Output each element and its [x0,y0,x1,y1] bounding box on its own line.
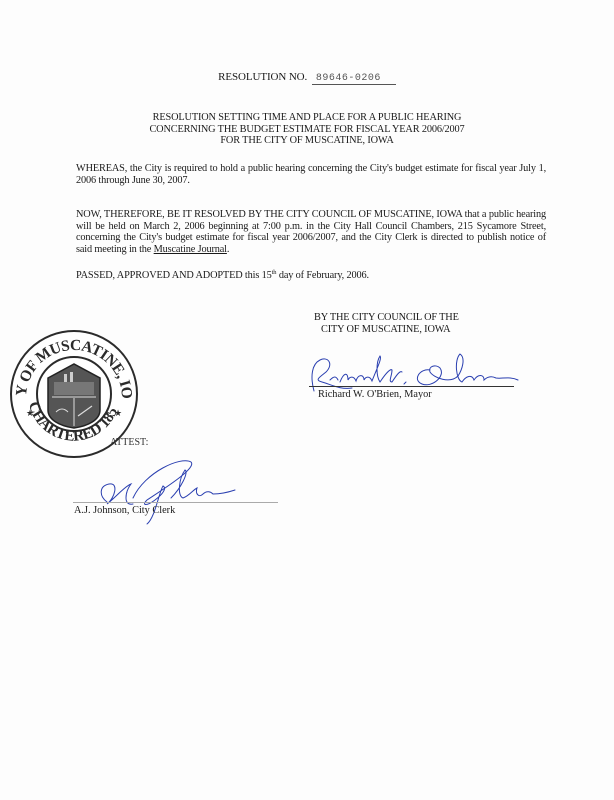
svg-text:★: ★ [26,408,34,418]
attest-label: ATTEST: [110,437,148,448]
council-block: BY THE CITY COUNCIL OF THE CITY OF MUSCA… [314,312,459,335]
clerk-signature [85,458,245,528]
resolution-number: 89646-0206 [312,73,396,85]
passed-date: day of February, 2006. [276,270,369,281]
council-line-2: CITY OF MUSCATINE, IOWA [314,324,459,336]
passed-paragraph: PASSED, APPROVED AND ADOPTED this 15th d… [76,270,546,282]
mayor-signature-line [309,386,514,387]
council-line-1: BY THE CITY COUNCIL OF THE [314,312,459,324]
clerk-name-title: A.J. Johnson, City Clerk [74,505,175,516]
resolved-end: . [227,244,229,255]
title-line: RESOLUTION SETTING TIME AND PLACE FOR A … [0,112,614,124]
newspaper-name: Muscatine Journal [154,244,227,255]
title-line: FOR THE CITY OF MUSCATINE, IOWA [0,135,614,147]
passed-text: PASSED, APPROVED AND ADOPTED this 15 [76,270,272,281]
resolved-paragraph: NOW, THEREFORE, BE IT RESOLVED BY THE CI… [76,209,546,256]
clerk-signature-line [73,502,278,503]
whereas-paragraph: WHEREAS, the City is required to hold a … [76,163,546,186]
svg-text:★: ★ [114,408,122,418]
mayor-name-title: Richard W. O'Brien, Mayor [318,389,432,400]
resolution-label: RESOLUTION NO. [218,71,307,83]
title-line: CONCERNING THE BUDGET ESTIMATE FOR FISCA… [0,124,614,136]
resolved-text: NOW, THEREFORE, BE IT RESOLVED BY THE CI… [76,209,546,255]
resolution-number-header: RESOLUTION NO. 89646-0206 [0,71,614,85]
resolution-title: RESOLUTION SETTING TIME AND PLACE FOR A … [0,112,614,147]
